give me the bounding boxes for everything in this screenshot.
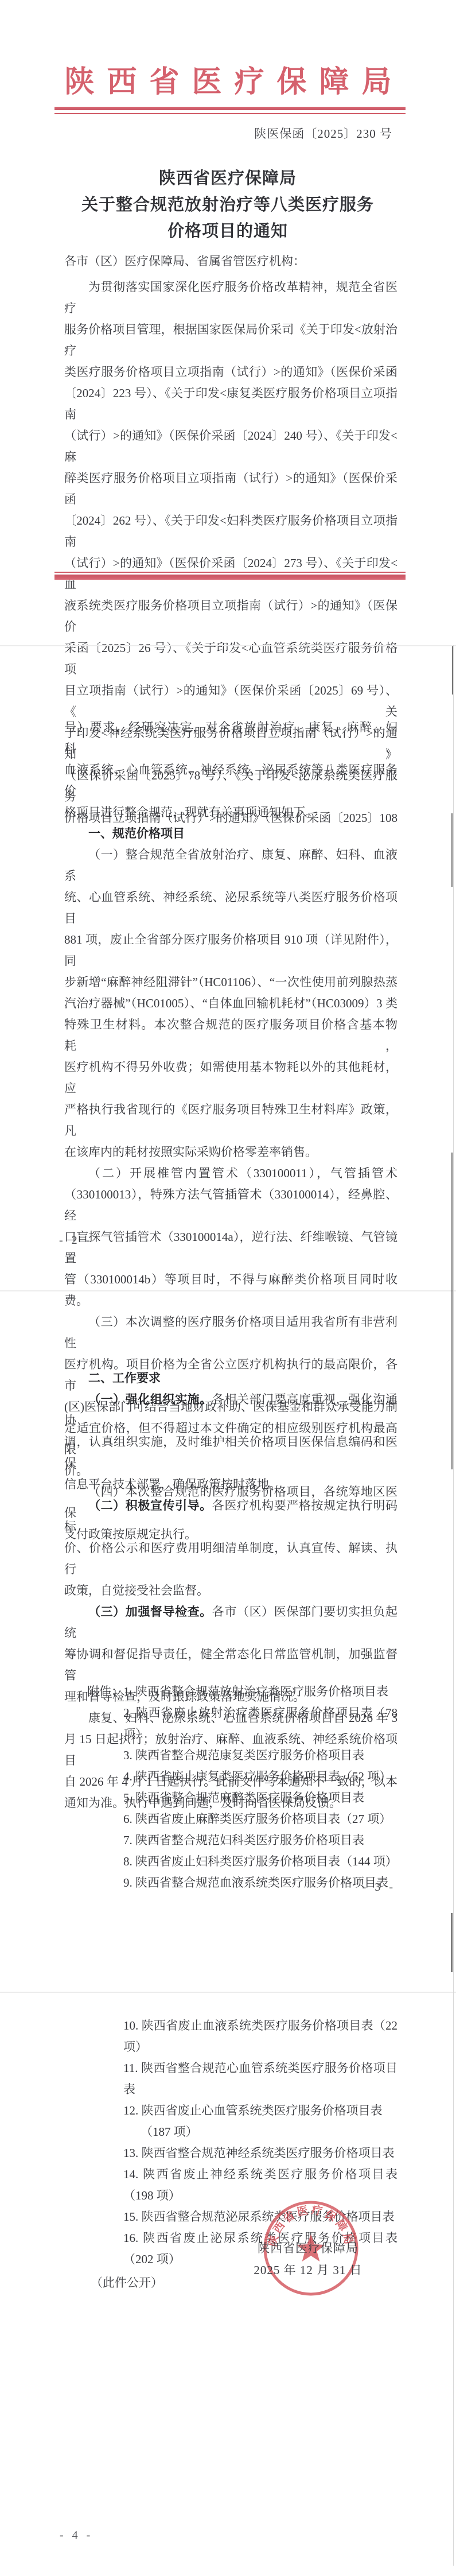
- text-line: 陕西省医疗保障局: [56, 165, 400, 192]
- page-1: 陕西省医疗保障局 陕医保函〔2025〕230 号 陕西省医疗保障局关于整合规范放…: [0, 0, 456, 645]
- text-line: 价格项目的通知: [56, 218, 400, 245]
- text-line: 2. 陕西省废止放射治疗类医疗服务价格项目表（78 项）: [64, 1702, 397, 1745]
- header-rule-thick: [54, 107, 406, 110]
- text-line: （二）开展椎管内置管术（330100011），气管插管术: [64, 1163, 397, 1184]
- text-line: 关于整合规范放射治疗等八类医疗服务: [56, 192, 400, 218]
- text-line: （二）积极宣传引导。各医疗机构要严格按规定执行明码标: [64, 1495, 397, 1538]
- text-line: 11. 陕西省整合规范心血管系统类医疗服务价格项目表: [64, 2058, 397, 2100]
- header-rule-thin: [54, 113, 406, 114]
- scan-edge-artifact: [451, 1153, 453, 1469]
- page-3: 二、工作要求（一）强化组织实施。各相关部门要高度重视，强化沟通协调，认真组织实施…: [0, 1290, 456, 1992]
- scan-edge-artifact: [451, 1913, 453, 1972]
- text-line: 二、工作要求: [64, 1368, 397, 1389]
- text-line: 〔2024〕223 号）、《关于印发<康复类医疗服务价格项目立项指南: [64, 383, 397, 425]
- text-line: 汽治疗器械”（HC01005）、“自体血回输机耗材”（HC03009）3 类: [64, 993, 397, 1014]
- salutation: 各市（区）医疗保障局、省属省管医疗机构：: [64, 253, 420, 270]
- text-line: 7. 陕西省整合规范妇科类医疗服务价格项目表: [64, 1830, 397, 1851]
- footer-rule-thin: [54, 572, 406, 573]
- text-line: （330100013），特殊方法气管插管术（330100014），经鼻腔、经: [64, 1184, 397, 1227]
- text-line: （试行）>的通知》（医保价采函〔2024〕273 号）、《关于印发<血: [64, 553, 397, 595]
- page-4: 10. 陕西省废止血液系统类医疗服务价格项目表（22 项）11. 陕西省整合规范…: [0, 1992, 456, 2576]
- text-line: 格项目进行整合规范，现就有关事项通知如下。: [64, 802, 397, 823]
- agency-title: 陕西省医疗保障局: [0, 64, 456, 104]
- text-line: 附件：1. 陕西省整合规范放射治疗类医疗服务价格项目表: [64, 1681, 397, 1702]
- issue-date: 2025 年 12 月 31 日: [248, 2261, 368, 2279]
- attachment-list: 附件：1. 陕西省整合规范放射治疗类医疗服务价格项目表2. 陕西省废止放射治疗类…: [64, 1681, 397, 1894]
- page-number-4: - 4 -: [60, 2528, 93, 2543]
- public-disclosure-note: （此件公开）: [91, 2274, 163, 2291]
- text-line: （试行）>的通知》（医保价采函〔2024〕240 号）、《关于印发<麻: [64, 425, 397, 468]
- text-line: 调，认真组织实施，及时维护相关价格项目医保信息编码和医保: [64, 1431, 397, 1474]
- scan-edge-artifact: [451, 813, 453, 887]
- document-number: 陕医保函〔2025〕230 号: [254, 125, 392, 142]
- bold-lead: （二）积极宣传引导。: [88, 1499, 212, 1512]
- page-2: 号）要求，经研究决定，对全省放射治疗、康复、麻醉、妇科、血液系统、心血管系统、神…: [0, 645, 456, 1290]
- bold-lead: （三）加强督导检查。: [88, 1605, 212, 1619]
- bold-lead: 一、规范价格项目: [88, 827, 185, 840]
- page-number-3: - 3 -: [363, 1880, 396, 1895]
- text-line: 一、规范价格项目: [64, 823, 397, 844]
- text-line: 〔2024〕262 号）、《关于印发<妇科类医疗服务价格项目立项指南: [64, 510, 397, 553]
- text-line: 价、价格公示和医疗费用明细清单制度，认真宣传、解读、执行: [64, 1538, 397, 1580]
- text-line: 4. 陕西省废止康复类医疗服务价格项目表（52 项）: [64, 1766, 397, 1787]
- text-line: （187 项）: [64, 2121, 397, 2143]
- text-line: 血液系统、心血管系统、神经系统、泌尿系统等八类医疗服务价: [64, 759, 397, 802]
- text-line: 信息平台技术部署，确保政策按时落地。: [64, 1474, 397, 1495]
- text-line: 口盲探气管插管术（330100014a），逆行法、纤维喉镜、气管镜置: [64, 1227, 397, 1269]
- text-line: 5. 陕西省整合规范麻醉类医疗服务价格项目表: [64, 1787, 397, 1809]
- text-line: 液系统类医疗服务价格项目立项指南（试行）>的通知》（医保价: [64, 595, 397, 638]
- text-line: 8. 陕西省废止妇科类医疗服务价格项目表（144 项）: [64, 1851, 397, 1872]
- scan-edge-artifact: [452, 646, 453, 695]
- text-line: 6. 陕西省废止麻醉类医疗服务价格项目表（27 项）: [64, 1809, 397, 1830]
- text-line: 严格执行我省现行的《医疗服务项目特殊卫生材料库》政策，凡: [64, 1099, 397, 1142]
- text-line: 号）要求，经研究决定，对全省放射治疗、康复、麻醉、妇科、: [64, 717, 397, 759]
- text-line: 服务价格项目管理，根据国家医保局价采司《关于印发<放射治疗: [64, 319, 397, 362]
- text-line: 统、心血管系统、神经系统、泌尿系统等八类医疗服务价格项目: [64, 887, 397, 929]
- text-line: 步新增“麻醉神经阻滞针”（HC01106）、“一次性使用前列腺热蒸: [64, 972, 397, 993]
- text-line: （三）加强督导检查。各市（区）医保部门要切实担负起统: [64, 1601, 397, 1644]
- bold-lead: （一）强化组织实施。: [88, 1393, 212, 1406]
- text-line: 筹协调和督促指导责任，健全常态化日常监管机制，加强监督管: [64, 1644, 397, 1686]
- text-line: 12. 陕西省废止心血管系统类医疗服务价格项目表: [64, 2100, 397, 2121]
- text-line: 政策，自觉接受社会监督。: [64, 1580, 397, 1601]
- text-line: （一）整合规范全省放射治疗、康复、麻醉、妇科、血液系: [64, 844, 397, 887]
- text-line: 医疗机构不得另外收费；如需使用基本物耗以外的其他耗材，应: [64, 1057, 397, 1099]
- document-title: 陕西省医疗保障局关于整合规范放射治疗等八类医疗服务价格项目的通知: [56, 165, 400, 245]
- bold-lead: 二、工作要求: [88, 1372, 161, 1385]
- text-line: 3. 陕西省整合规范康复类医疗服务价格项目表: [64, 1745, 397, 1766]
- text-line: 特殊卫生材料。本次整合规范的医疗服务项目价格含基本物耗，: [64, 1014, 397, 1057]
- text-line: 在该库内的耗材按照实际采购价格零差率销售。: [64, 1142, 397, 1163]
- text-line: 为贯彻落实国家深化医疗服务价格改革精神，规范全省医疗: [64, 277, 397, 319]
- issuing-agency-signature: 陕西省医疗保障局: [248, 2240, 368, 2257]
- document-scan: 陕西省医疗保障局 陕医保函〔2025〕230 号 陕西省医疗保障局关于整合规范放…: [0, 0, 456, 2576]
- text-line: 醉类医疗服务价格项目立项指南（试行）>的通知》（医保价采函: [64, 468, 397, 510]
- text-line: 10. 陕西省废止血液系统类医疗服务价格项目表（22 项）: [64, 2015, 397, 2058]
- text-line: 类医疗服务价格项目立项指南（试行）>的通知》（医保价采函: [64, 362, 397, 383]
- text-line: 13. 陕西省整合规范神经系统类医疗服务价格项目表: [64, 2143, 397, 2164]
- text-line: （一）强化组织实施。各相关部门要高度重视，强化沟通协: [64, 1389, 397, 1431]
- footer-rule-thick: [54, 575, 406, 580]
- text-line: 881 项，废止全省部分医疗服务价格项目 910 项（详见附件），同: [64, 929, 397, 972]
- scan-edge-line: [453, 645, 454, 2566]
- text-line: 9. 陕西省整合规范血液系统类医疗服务价格项目表: [64, 1872, 397, 1894]
- page-number-2: - 2 -: [59, 1233, 92, 1248]
